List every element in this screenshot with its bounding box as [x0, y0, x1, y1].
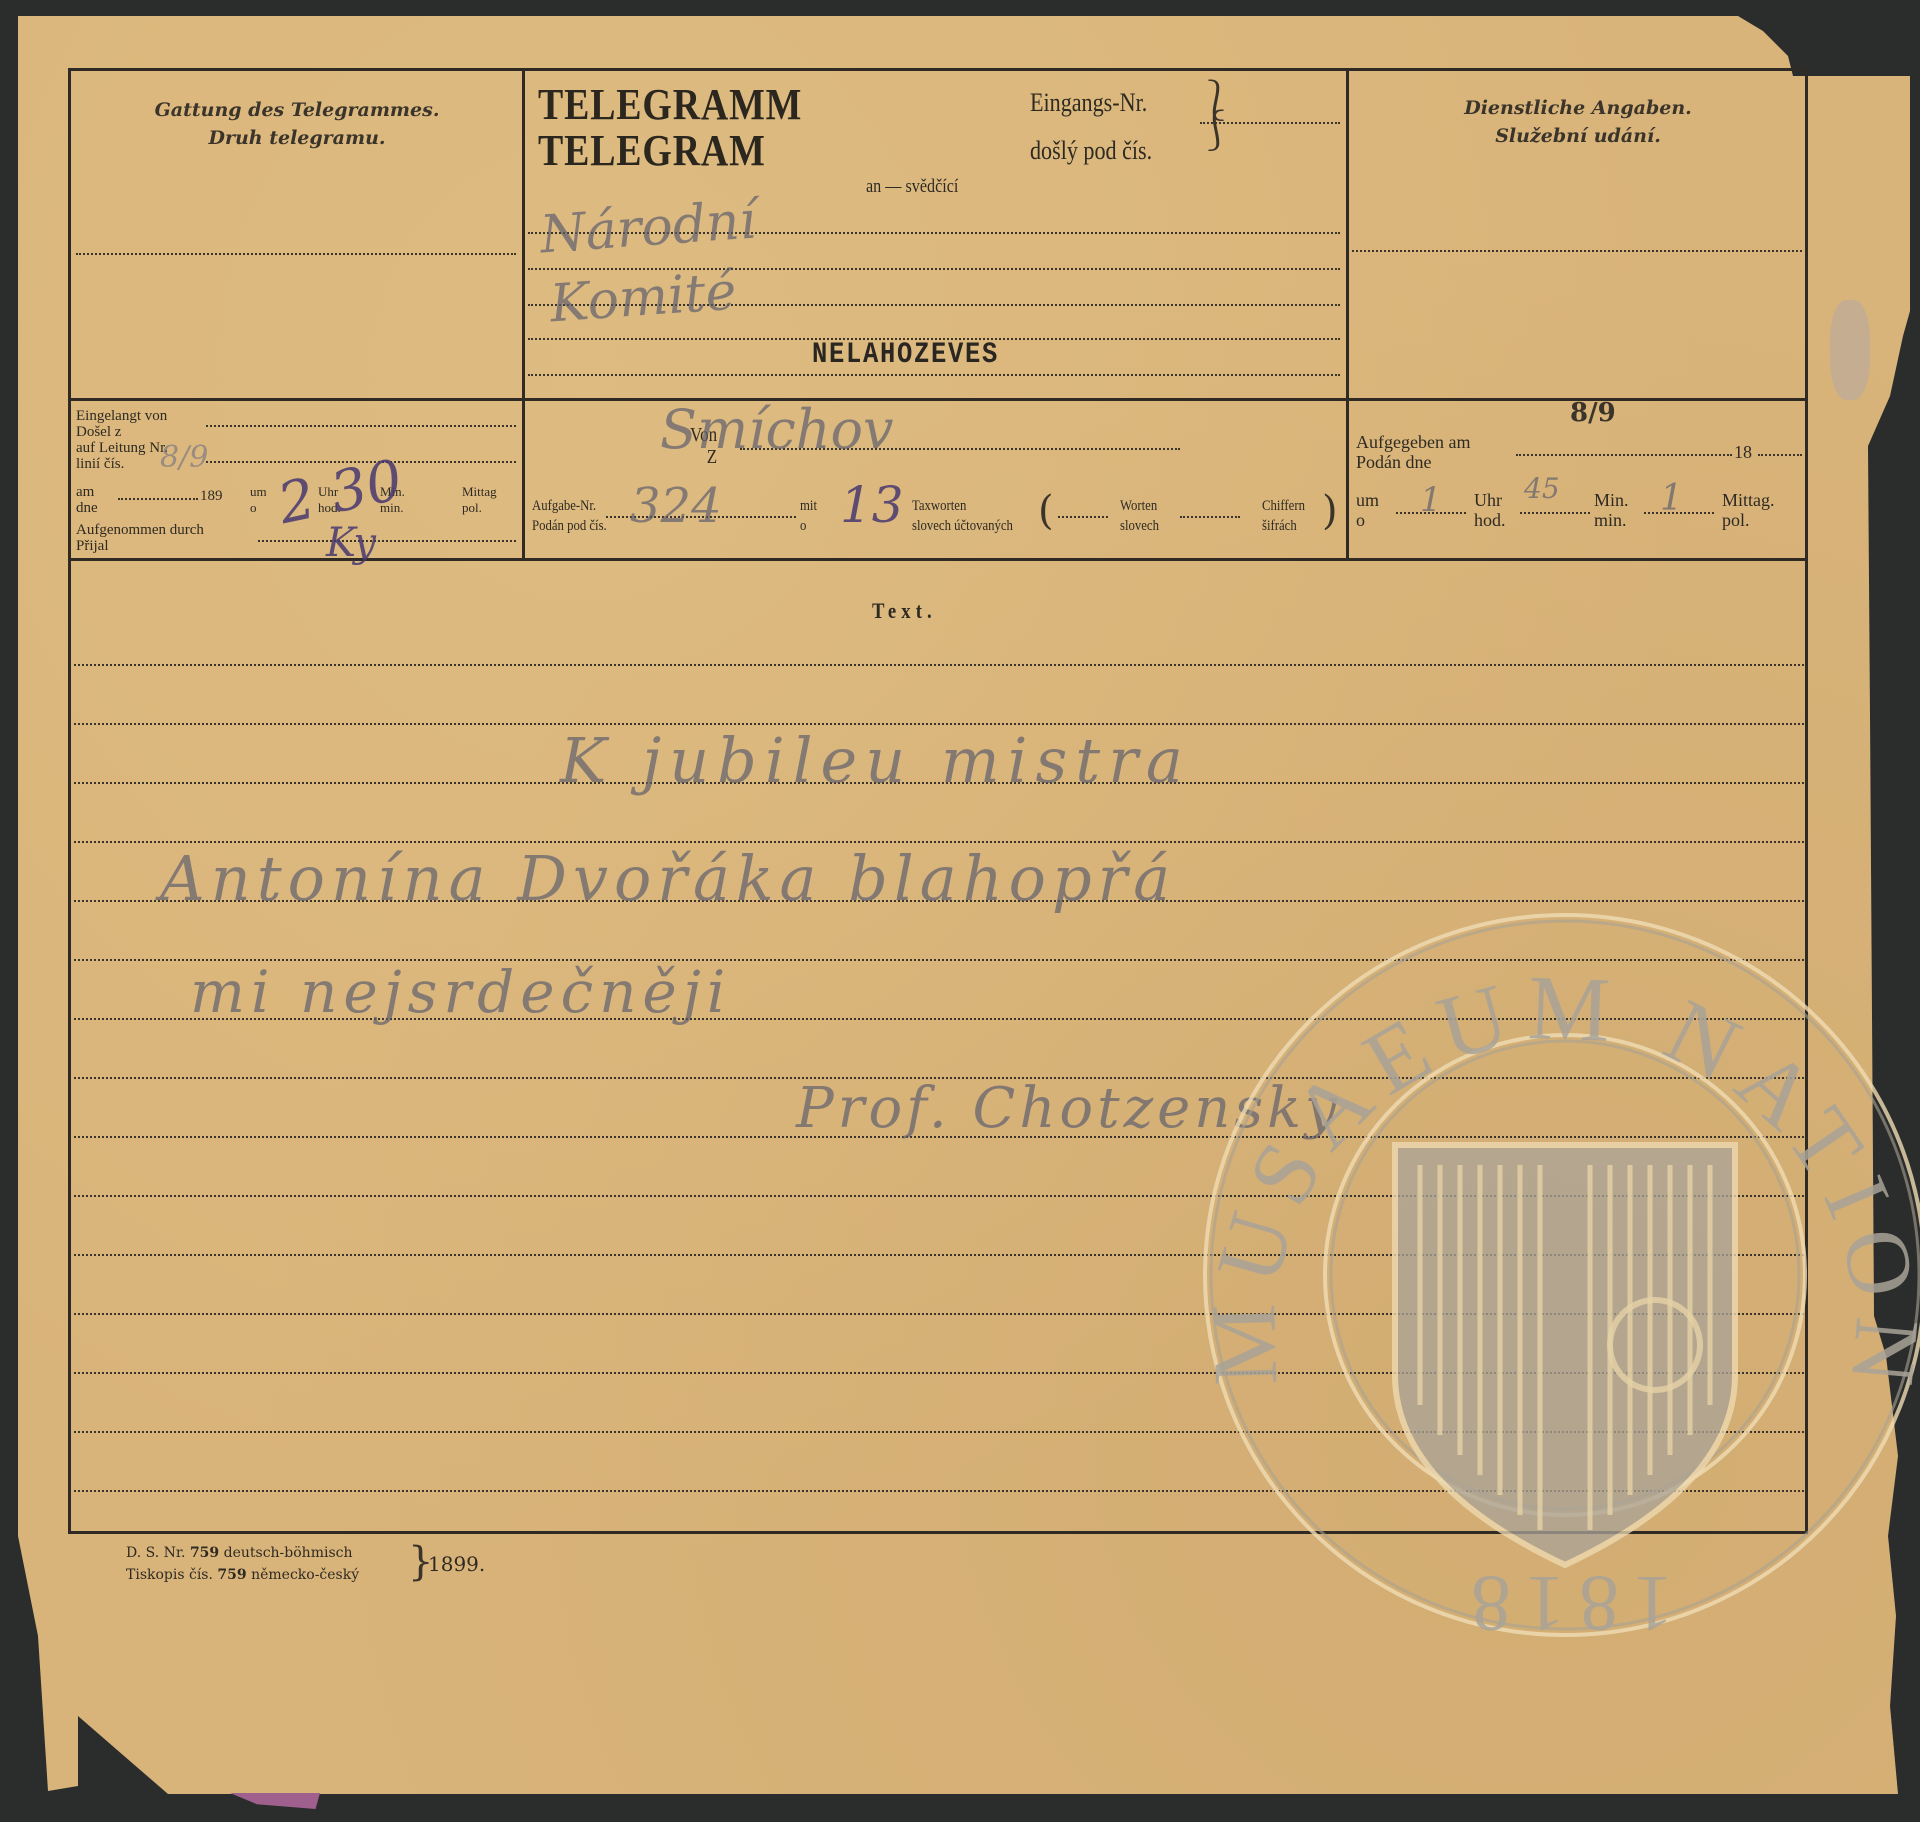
- worten-label-de: Worten: [1120, 496, 1159, 516]
- close-paren: ): [1322, 488, 1338, 534]
- taxworten-label-de: Taxworten: [912, 496, 1013, 516]
- aufgenommen-label-de: Aufgenommen durch: [76, 522, 204, 538]
- leitung-label-de: auf Leitung Nr.: [76, 440, 168, 456]
- dispatch-year-field[interactable]: [1758, 454, 1802, 456]
- column-divider-left: [522, 68, 525, 560]
- an-label: an — svědčící: [866, 176, 958, 198]
- dispatch-min-label-de: Min.: [1594, 490, 1629, 510]
- dispatch-mittag-label-de: Mittag.: [1722, 490, 1775, 510]
- mit-label-cs: o: [800, 516, 817, 536]
- received-number-handwriting: 8/9: [160, 440, 208, 475]
- worten-label-cs: slovech: [1120, 516, 1159, 536]
- title-de: TELEGRAMM: [538, 82, 802, 128]
- header-row-divider: [68, 398, 1808, 401]
- aufgenommen-label: Aufgenommen durch Přijal: [76, 522, 204, 554]
- left-heading-de: Gattung des Telegrammes.: [72, 96, 522, 124]
- um-label-de: um: [250, 484, 267, 500]
- eingangs-number-field[interactable]: [1200, 122, 1340, 124]
- footer-year: 1899.: [428, 1553, 485, 1575]
- eingelangt-label-cs: Došel z: [76, 424, 168, 440]
- dispatch-min-label-cs: min.: [1594, 510, 1629, 530]
- type-dotted-line: [76, 253, 516, 255]
- mit-handwriting: 13: [840, 476, 904, 534]
- eingelangt-field[interactable]: [206, 425, 516, 427]
- um-label: um o: [250, 484, 267, 516]
- aufgegeben-date-field[interactable]: [1516, 454, 1732, 456]
- worten-label: Worten slovech: [1120, 496, 1159, 536]
- von-handwriting: Smíchov: [660, 398, 894, 461]
- dispatch-year-prefix: 18: [1734, 444, 1752, 460]
- am-date-field[interactable]: [118, 498, 198, 500]
- dispatch-mittag-label: Mittag. pol.: [1722, 490, 1775, 530]
- footer-line-1: D. S. Nr. 759 deutsch-böhmisch: [126, 1542, 359, 1564]
- mit-label: mit o: [800, 496, 817, 536]
- footer-line-2: Tiskopis čís. 759 německo-český: [126, 1564, 359, 1586]
- right-heading-cs: Služební udání.: [1350, 122, 1806, 150]
- aufgabe-label-cs: Podán pod čís.: [532, 516, 607, 536]
- address-line-5: [528, 374, 1340, 376]
- aufgabe-handwriting: 324: [630, 478, 722, 534]
- taxworten-label-cs: slovech účtovaných: [912, 516, 1013, 536]
- am-label: am dne: [76, 484, 98, 516]
- aufgenommen-field[interactable]: [258, 540, 516, 542]
- right-heading: Dienstliche Angaben. Služební udání.: [1350, 94, 1806, 150]
- chiffern-label-cs: šifrách: [1262, 516, 1305, 536]
- right-heading-de: Dienstliche Angaben.: [1350, 94, 1806, 122]
- dispatch-uhr-handwriting: 45: [1524, 472, 1560, 505]
- eingangs-label-de: Eingangs-Nr.: [1030, 88, 1147, 118]
- left-heading: Gattung des Telegrammes. Druh telegramu.: [72, 96, 522, 152]
- am-label-de: am: [76, 484, 98, 500]
- aufgabe-label: Aufgabe-Nr. Podán pod čís.: [532, 496, 607, 536]
- nelahozeves-stamp: NELAHOZEVES: [812, 338, 999, 372]
- form-number-footer: D. S. Nr. 759 deutsch-böhmisch Tiskopis …: [126, 1542, 359, 1586]
- aufgabe-label-de: Aufgabe-Nr.: [532, 496, 607, 516]
- mittag-label-cs: pol.: [462, 500, 497, 516]
- message-line-1: K jubileu mistra: [560, 724, 1191, 797]
- dispatch-um-label: um o: [1356, 490, 1379, 530]
- open-paren: (: [1038, 488, 1054, 534]
- dispatch-min-label: Min. min.: [1594, 490, 1629, 530]
- received-initials-handwriting: Ky: [326, 520, 376, 566]
- chiffern-field[interactable]: [1180, 516, 1240, 518]
- paper-stain: [1830, 300, 1870, 400]
- taxworten-label: Taxworten slovech účtovaných: [912, 496, 1013, 536]
- um-label-cs: o: [250, 500, 267, 516]
- mittag-label: Mittag pol.: [462, 484, 497, 516]
- leitung-label-cs: linií čís.: [76, 456, 168, 472]
- eingangs-brace: ⎱⎰: [1196, 86, 1236, 146]
- am-label-cs: dne: [76, 500, 98, 516]
- chiffern-label: Chiffern šifrách: [1262, 496, 1305, 536]
- year-prefix: 189: [200, 488, 223, 504]
- aufgenommen-label-cs: Přijal: [76, 538, 204, 554]
- message-signature: Prof. Chotzensky: [796, 1076, 1341, 1141]
- dispatch-min-handwriting: 1: [1660, 478, 1683, 519]
- eingelangt-label-de: Eingelangt von: [76, 408, 168, 424]
- dispatch-uhr-label-de: Uhr: [1474, 490, 1506, 510]
- dispatch-um-label-de: um: [1356, 490, 1379, 510]
- received-labels: Eingelangt von Došel z auf Leitung Nr. l…: [76, 408, 168, 472]
- worten-field[interactable]: [1058, 516, 1108, 518]
- left-heading-cs: Druh telegramu.: [72, 124, 522, 152]
- dispatch-uhr-label: Uhr hod.: [1474, 490, 1506, 530]
- message-line-3: mi nejsrdečněji: [190, 958, 731, 1026]
- message-line-2: Antonína Dvořáka blahopřá: [160, 842, 1176, 915]
- column-divider-right: [1346, 68, 1349, 560]
- dispatch-uhr-field[interactable]: [1520, 512, 1590, 514]
- chiffern-label-de: Chiffern: [1262, 496, 1305, 516]
- purple-paper-scrap: [230, 1793, 320, 1809]
- mit-label-de: mit: [800, 496, 817, 516]
- aufgegeben-label: Aufgegeben am Podán dne: [1356, 432, 1470, 472]
- dispatch-mittag-label-cs: pol.: [1722, 510, 1775, 530]
- dispatch-um-handwriting: 1: [1420, 480, 1442, 520]
- service-dotted-line: [1352, 250, 1802, 252]
- title-cs: TELEGRAM: [538, 128, 766, 174]
- text-heading: Text.: [872, 598, 937, 624]
- aufgegeben-label-de: Aufgegeben am: [1356, 432, 1470, 452]
- eingangs-label-cs: došlý pod čís.: [1030, 136, 1152, 166]
- aufgegeben-label-cs: Podán dne: [1356, 452, 1470, 472]
- dispatch-uhr-label-cs: hod.: [1474, 510, 1506, 530]
- mittag-label-de: Mittag: [462, 484, 497, 500]
- dispatch-um-label-cs: o: [1356, 510, 1379, 530]
- dispatch-date-stamp: 8/9: [1570, 398, 1616, 428]
